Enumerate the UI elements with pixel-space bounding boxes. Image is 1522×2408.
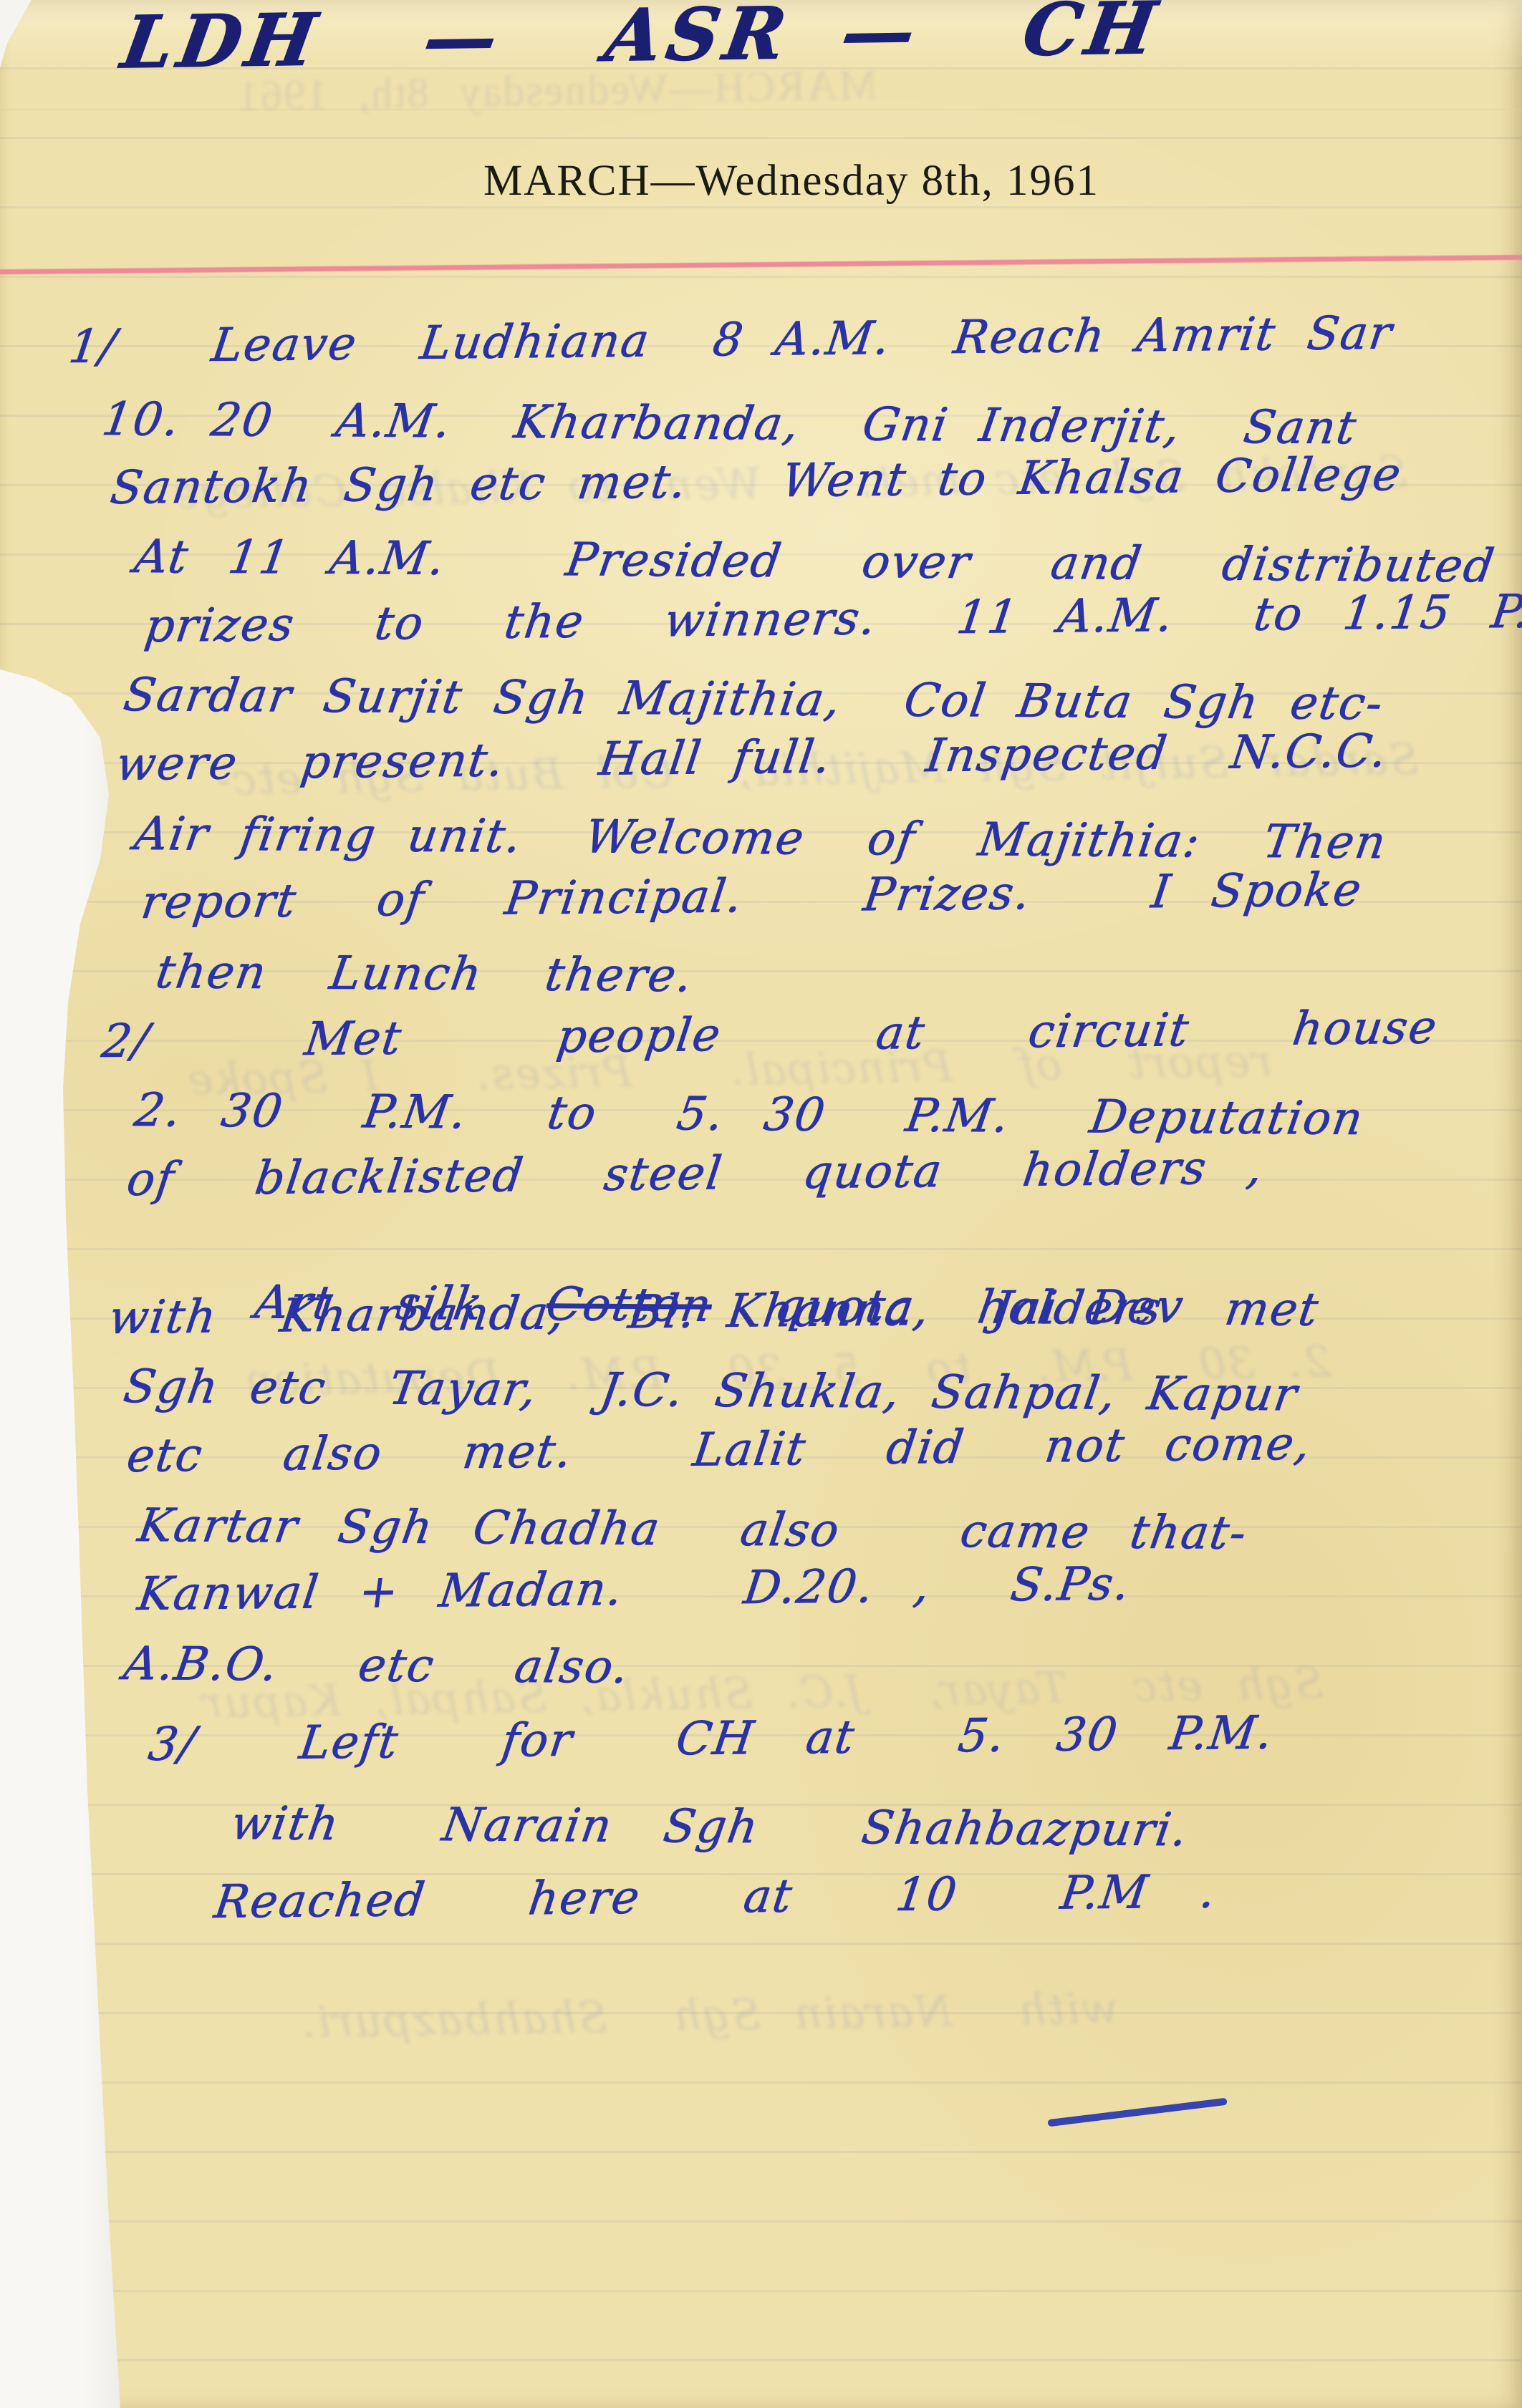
diary-line: then Lunch there. (153, 946, 697, 1002)
diary-line: 10. 20 A.M. Kharbanda, Gni Inderjit, San… (99, 393, 1361, 455)
diary-line: Kanwal + Madan. D.20. , S.Ps. (135, 1557, 1134, 1621)
diary-line: with Narain Sgh Shahbazpuri. (228, 1797, 1192, 1857)
diary-line: A.B.O. etc also. (120, 1638, 633, 1694)
diary-line: Sgh etc Tayar, J.C. Shukla, Sahpal, Kapu… (120, 1360, 1301, 1421)
printed-date: MARCH—Wednesday 8th, 1961 (50, 156, 1522, 206)
diary-line: Air firing unit. Welcome of Majithia: Th… (131, 808, 1390, 869)
route-abbreviations: LDH — ASR — CH (116, 0, 1167, 84)
diary-line: 2. 30 P.M. to 5. 30 P.M. Deputation (131, 1084, 1367, 1146)
diary-line: with Kharbanda, Bl. Khanna, Jai Dev (106, 1280, 1188, 1345)
scanned-diary-page: MARCH—Wednesday 8th, 1961 Santokh Sgh et… (0, 0, 1522, 2408)
diary-line: At 11 A.M. Presided over and distributed (131, 531, 1498, 593)
diary-line: Kartar Sgh Chadha also came that- (135, 1499, 1251, 1560)
diary-line: Sardar Surjit Sgh Majithia, Col Buta Sgh… (120, 669, 1387, 730)
diary-line: Reached here at 10 P.M . (211, 1865, 1220, 1929)
